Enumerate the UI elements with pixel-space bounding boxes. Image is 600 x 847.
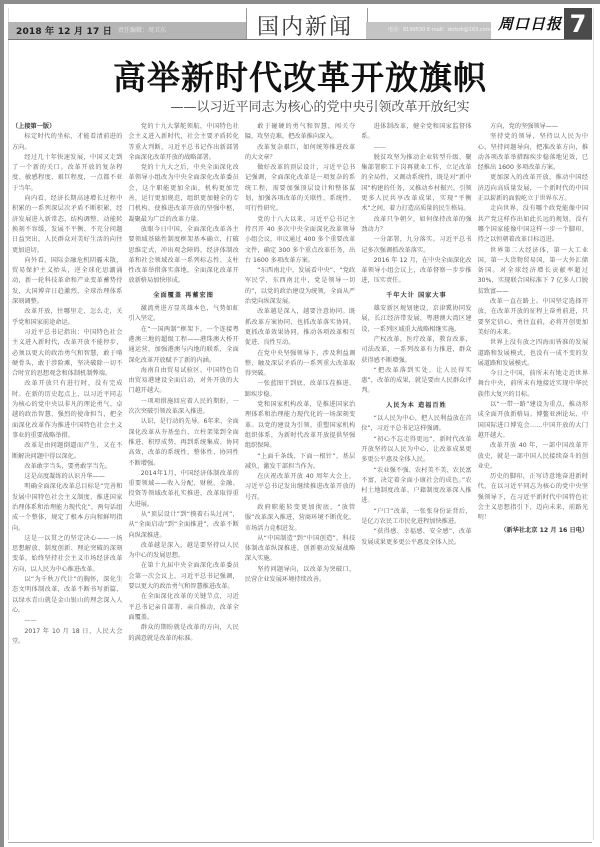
section-subheading: 人民为本 造福百姓 [361,401,471,411]
paragraph: 改革是由问题倒逼而产生，又在不断解决问题中得以深化。 [12,441,122,462]
paragraph: 改革越是深入，越要注意协同。既抓改革方案协同，也抓改革落实协同，更抓改革效果协同… [245,307,355,348]
paragraph: “把改革落到实处，让人民得实惠”，改革的成果，就是要由人民群众评判。 [361,366,471,397]
paragraph: 改革敢字当头，要勇敢字当先。 [12,462,122,472]
paragraph: 在庆祝改革开放 40 周年大会上，习近平总书记发出继续推进改革开放的号召。 [245,472,355,503]
paragraph: 雄安新区规划建设，京津冀协同发展，长江经济带发展，粤港澳大湾区建设，一系列区域重… [361,304,471,335]
paragraph: 海南自由贸易试验区、中国特色自由贸易港建设全面启动，对外开放的大门越开越大。 [128,366,238,397]
paragraph: 2016 年 12 月，在中央全面深化改革领导小组会议上，改革督察一步步推进，压… [361,256,471,287]
paragraph: 党的十八大以来，习近平总书记主持召开 40 多次中央全面深化改革领导小组会议，审… [245,215,355,266]
paragraph: 改革复杂艰巨，如何统筹推进改革的大文章？ [245,143,355,164]
paragraph: 历史的脚印，正写诗意地奋进新时代，在以习近平同志为核心的党中央坚强领导下，在习近… [478,472,588,523]
paragraph: 走向世界，没有哪个政党能像中国共产党这样作出如此长远的规划，没有哪个国家能像中国… [478,204,588,245]
paragraph: 进体制改革，健全党和国家监督体系。 [361,122,471,143]
page-number: 7 [564,8,592,40]
article-column-2: 党的十九大掌舵领航，中国特色社会主义进入新时代，社会主要矛盾转化等重大判断，习近… [128,122,238,842]
paragraph: 坚持问题导向，以改革为突破口，民营企业发展环境持续改善。 [245,565,355,586]
paragraph: 在“一国两制”框架下，一个连接粤港澳三地的超级工程——港珠澳大桥开通运营，加强港… [128,325,238,366]
masthead-date-bar: 2018 年 12 月 17 日 责任编辑：周卫东 [8,22,246,39]
paragraph: 这是一以贯之的坚定决心——一场思想解放、制度创新、理论突破的深刻变革，始终坚持社… [12,534,122,575]
paragraph: 改革开放只有进行时，没有完成时。在新的历史起点上，以习近平同志为核心的党中央以非… [12,379,122,441]
editor-credit: 责任编辑：周卫东 [118,25,166,34]
article-column-3: 敢于碰硬的勇气和智慧，闯关夺隘，攻坚克难，把改革推向深入。改革复杂艰巨，如何统筹… [245,122,355,842]
masthead-rule [8,39,592,40]
paragraph: 激流勇进方显英雄本色，气势如虹引入坚定。 [128,304,238,325]
paragraph: 从“中国制造”到“中国创造”，科技体制改革纵深推进，创新驱动发展战略深入实施。 [245,534,355,565]
paragraph: 一项项措施回应着人民的期盼，一次次突破引领改革深入推进。 [128,397,238,418]
paragraph: “上面千条线，下面一根针”，基层减负，激发干部担当作为。 [245,452,355,473]
page-bottom-rule [8,842,592,843]
article-subheadline: ——以习近平同志为核心的党中央引领改革开放纪实 [0,96,600,115]
paragraph: 世界第二大经济体，第一大工业国，第一大货物贸易国，第一大外汇储备国。对全球经济增… [478,246,588,297]
section-subheading: 千年大计 国家大事 [361,291,471,301]
separator-dash: —— [12,616,122,626]
paragraph: 做好改革的顶层设计，习近平总书记强调，全面深化改革是一项复杂的系统工程，需要加强… [245,163,355,214]
paragraph: 产权改革，医疗改革，教育改革，司法改革，一系列改革有力推进，群众获得感不断增强。 [361,335,471,366]
paragraph: 政府职能转变更加彻底，“放管服”改革深入推进，营商环境不断优化，市场活力竞相迸发… [245,503,355,534]
paragraph: “农业强不强、农村美不美、农民富不富，决定着全面小康社会的成色。”农村土地制度改… [361,466,471,507]
paragraph: “获得感、幸福感、安全感”，改革发展成果更多更公平惠及全体人民。 [361,527,471,548]
paragraph: 以“为千秋万代计”的胸怀，深化生态文明体制改革，改革不断书写新篇，以绿水青山就是… [12,575,122,616]
paragraph: 方向，党的坚强领导—— [478,122,588,132]
paragraph: 脱贫攻坚为推动企业转型升级、聚集部署职工下岗再就业工作，立足改革的全局性，又调动… [361,153,471,215]
newspaper-page: 2018 年 12 月 17 日 责任编辑：周卫东 国内新闻 电话：819953… [0,0,600,847]
section-title: 国内新闻 [257,10,353,41]
paragraph: 党的十九大掌舵领航，中国特色社会主义进入新时代，社会主要矛盾转化等重大判断，习近… [128,122,238,163]
separator-dash: —— [361,143,471,153]
paragraph: 在全面深化改革的关键节点，习近平总书记亲自部署、亲自推动，改革全面覆盖。 [128,592,238,623]
paragraph: 改革只争朝夕，如何保持改革的强劲动力？ [361,215,471,236]
paragraph: 党和国家机构改革，是推进国家治理体系和治理能力现代化的一场深刻变革。以党的建设为… [245,400,355,451]
paragraph: 放眼今日中国，全面深化改革各主要领域基础性制度框架基本确立，打破思维定式，冲出观… [128,225,238,287]
paragraph: 在党中央坚强领导下，涉及利益调整、触及深层矛盾的一系列重大改革取得突破。 [245,349,355,380]
paragraph: 敢于碰硬的勇气和智慧，闯关夺隘，攻坚克难，把改革推向深入。 [245,122,355,143]
article-column-5: 方向，党的坚强领导——坚持党的领导，坚持以人民为中心，坚持问题导向，把准改革方向… [478,122,588,842]
page-frame-left [0,0,4,847]
paragraph: 群众的期盼就是改革的方向，人民的满意就是改革的标准。 [128,623,238,644]
paragraph: 改革越是深入，越是要坚持以人民为中心的发展思想。 [128,541,238,562]
paragraph: 世界上没有放之四海而皆准的发展道路和发展模式，也没有一成不变的发展道路和发展模式… [478,338,588,369]
paragraph: 2014年1月，中国经济体制改革的重要领域——收入分配、财税、金融、投资等领域改… [128,469,238,510]
paragraph: 向外看，国际金融危机阴霾未散，贸易保护主义抬头，逆全球化思潮涌动，新一轮科技革命… [12,256,122,307]
masthead: 2018 年 12 月 17 日 责任编辑：周卫东 国内新闻 电话：819953… [8,8,592,40]
issue-date: 2018 年 12 月 17 日 [16,24,112,37]
paragraph: 更加深入的改革开放，推动中国经济迈向高质量发展，一个新时代的中国正以崭新的面貌屹… [478,173,588,204]
paragraph: 改革一直在路上。中国坚定选择开放，在改革开放的征程上奋勇前进，只要坚定信心、勇往… [478,297,588,338]
section-subheading: 全面覆盖 再蓄宏图 [128,291,238,301]
paragraph: 标定时代的坐标，才能看清前进的方向。 [12,132,122,153]
article-column-1: （上接第一版）标定时代的坐标，才能看清前进的方向。经过几十年快速发展，中国又走到… [12,122,122,842]
paragraph: “东西南北中，发展看中央”、“党政军民学，东西南北中，党是领导一切的”，以党的政… [245,266,355,307]
continued-note: （上接第一版） [12,122,122,132]
paragraph: 从“顶层设计”到“摸着石头过河”，从“全面启动”到“全面推进”，改革不断向纵深推… [128,510,238,541]
paragraph: 改革开放，往哪里走、怎么走，关乎党和国家前途命运。 [12,307,122,328]
section-title-box: 国内新闻 [246,8,368,40]
paragraph: 在第十九届中央全面深化改革委员会第一次会议上，习近平总书记强调，要以更大的政治勇… [128,561,238,592]
paragraph: 坚持党的领导，坚持以人民为中心，坚持问题导向，把准改革方向，推动各项改革举措蹄疾… [478,132,588,173]
masthead-contact-bar: 电话：8199530 E-mail：zkrbzk@163.com [366,22,491,39]
paragraph: 认识，是行动的先导。6年来，全面深化改革从夯基垒台、立柱架梁到全面推进、积厚成势… [128,417,238,468]
paragraph: 明确全面深化改革总目标是“完善和发展中国特色社会主义制度、推进国家治理体系和治理… [12,482,122,533]
paragraph: 今日之中国，前所未有地走近世界舞台中央，前所未有地接近实现中华民族伟大复兴的目标… [478,369,588,400]
page-frame-top [0,0,600,4]
paragraph: 经过几十年快速发展，中国又走到了一个新的关口。改革开放的复杂程度、敏感程度、艰巨… [12,153,122,194]
dateline: （新华社北京 12 月 16 日电） [478,526,588,536]
paragraph: “户口”改革，一张张身份证背后，是亿万农民工市民化进程加快推进。 [361,507,471,528]
article-headline: 高举新时代改革开放旗帜 [0,52,600,99]
paragraph: 2017 年 10 月 18 日，人民大会堂。 [12,627,122,648]
paragraph: 党的十九大之后，中央全面深化改革领导小组改为中央全面深化改革委员会，这个职能更加… [128,163,238,225]
article-column-4: 进体制改革，健全党和国家监督体系。——脱贫攻坚为推动企业转型升级、聚集部署职工下… [361,122,471,842]
paragraph: “初心不忘走得更远”，新时代改革开放坚持以人民为中心，让改革成果更多更公平惠及全… [361,435,471,466]
paragraph: 这是高度凝练的认识升华—— [12,472,122,482]
paragraph: 习近平总书记指出：中国特色社会主义进入新时代，改革开放不能停步，必须以更大的政治… [12,328,122,379]
contact-info: 电话：8199530 E-mail：zkrbzk@163.com [388,26,491,33]
paragraph: 以“一带一路”建设为重点，推动形成全面开放新格局。博鳌亚洲论坛、中国国际进口博览… [478,400,588,441]
paragraph: 一分部署，九分落实。习近平总书记多次强调抓改革落实。 [361,235,471,256]
paragraph: 一张蓝图干到底，改革压茬推进、蹄疾步稳。 [245,379,355,400]
newspaper-logo: 周口日报 [498,13,562,34]
paragraph: 改革开放 40 年，一部中国改革开放史，就是一部中国人民接续奋斗的创业史。 [478,441,588,472]
paragraph: “以人民为中心，把人民利益放在首位”，习近平总书记这样强调。 [361,414,471,435]
paragraph: 向内看，经济长期高速增长过程中积累的一系列深层次矛盾不断积累，经济发展进入新常态… [12,194,122,256]
article-body: （上接第一版）标定时代的坐标，才能看清前进的方向。经过几十年快速发展，中国又走到… [12,122,588,842]
